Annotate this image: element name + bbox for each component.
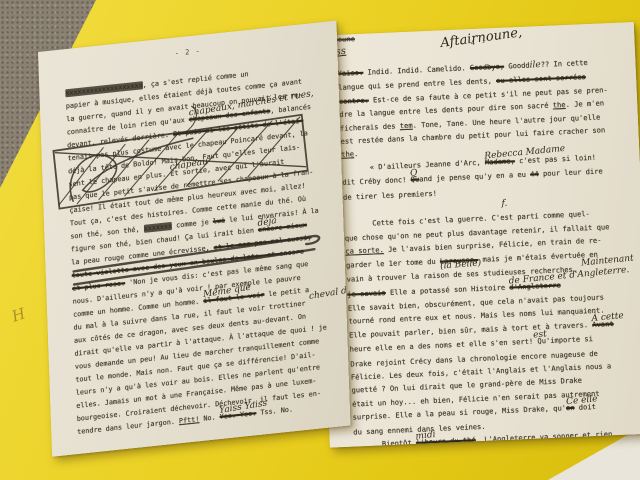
struck-typed-text: lui xyxy=(213,216,225,225)
underlined-typed-text: ça sorte. xyxy=(345,245,384,256)
typed-text: Elle a potassé son Histoire xyxy=(385,282,509,296)
typed-text: pour leur dire xyxy=(539,167,603,179)
handwritten-insertion: Même que xyxy=(203,289,204,302)
handwritten-annotation: ile xyxy=(529,60,541,70)
handwritten-insertion: cheval de galère xyxy=(309,291,310,304)
struck-typed-text: Yaiss. xyxy=(337,68,363,78)
underlined-typed-text: the xyxy=(553,100,566,110)
typed-text-block: xxxxxxxxxxxxxxxxxxx, ça s'est replié com… xyxy=(38,21,350,442)
struck-typed-text: Goodbye, xyxy=(470,62,505,72)
underlined-typed-text: tem xyxy=(400,120,413,130)
typed-text: and je pense qu'y en a eu xyxy=(419,170,530,184)
manuscript-page-right: - 4 - Aftairnoune, Afternoune Yaiss Yais… xyxy=(312,22,640,448)
handwritten-annotation: f. xyxy=(501,199,507,209)
struck-typed-text: contre. xyxy=(339,95,369,105)
typed-text: Indid. Indid. Camelido. xyxy=(363,63,470,77)
underlined-typed-text: Pftt! xyxy=(179,415,200,425)
typed-text: No. xyxy=(199,413,220,423)
struck-typed-text: ou elles sont serrées xyxy=(496,73,586,86)
typed-text: Goodd xyxy=(504,61,530,71)
handwritten-insertion: de France et d'Angleterre. xyxy=(509,275,510,288)
typed-text: . xyxy=(354,150,359,159)
typed-text-block: Yaiss. Indid. Indid. Camelido. Goodbye, … xyxy=(312,22,640,448)
underlined-typed-text: the xyxy=(341,150,354,160)
typed-text: . Je m'en xyxy=(565,99,604,110)
struck-typed-text: je savais xyxy=(347,288,386,299)
typed-text: ?? In cette xyxy=(541,58,588,69)
handwritten-insertion: (la Belle) xyxy=(440,260,441,273)
manuscript-page-left: - 2 - xxxxxxxxxxxxxxxxxxx, ça s'est repl… xyxy=(38,21,350,457)
blacked-out-text: xxxxxxx xyxy=(144,222,173,233)
typed-text: de tirer les premiers! xyxy=(343,188,437,201)
typed-text: dit Créby donc! xyxy=(342,175,411,187)
typed-text: comme je xyxy=(172,218,213,230)
photo-of-manuscript: H - 4 - Aftairnoune, Afternoune Yaiss Ya… xyxy=(0,0,640,480)
typed-text: garder le 1er tome du xyxy=(346,256,440,269)
typed-text: « D'ailleurs Jeanne d'Arc, xyxy=(370,157,486,171)
typed-text: ficherais des xyxy=(340,121,400,133)
